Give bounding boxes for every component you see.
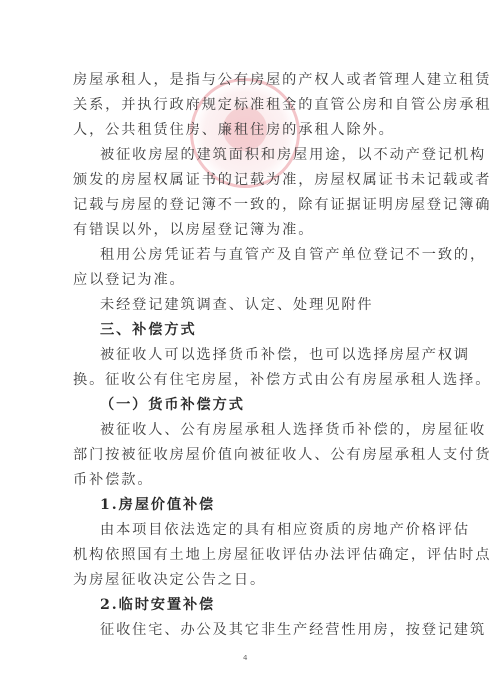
text-line: 被征收房屋的建筑面积和房屋用途，以不动产登记机构 — [73, 143, 418, 168]
text-line: 房屋承租人，是指与公有房屋的产权人或者管理人建立租赁 — [73, 68, 418, 93]
item-heading: 2.临时安置补偿 — [73, 593, 418, 618]
page-number: 4 — [243, 654, 247, 662]
text-line: 颁发的房屋权属证书的记载为准，房屋权属证书未记载或者 — [73, 168, 418, 193]
text-line: 机构依照国有土地上房屋征收评估办法评估确定，评估时点 — [73, 543, 418, 568]
text-line: 部门按被征收房屋价值向被征收人、公有房屋承租人支付货 — [73, 443, 418, 468]
text-line: 应以登记为准。 — [73, 268, 418, 293]
document-body: 房屋承租人，是指与公有房屋的产权人或者管理人建立租赁 关系，并执行政府规定标准租… — [73, 68, 418, 643]
text-line: 为房屋征收决定公告之日。 — [73, 568, 418, 593]
text-line: 被征收人可以选择货币补偿，也可以选择房屋产权调 — [73, 343, 418, 368]
text-line: 记载与房屋的登记簿不一致的，除有证据证明房屋登记簿确 — [73, 193, 418, 218]
text-line: 币补偿款。 — [73, 468, 418, 493]
text-line: 未经登记建筑调查、认定、处理见附件 — [73, 293, 418, 318]
section-heading: 三、补偿方式 — [73, 318, 418, 343]
text-line: 有错误以外，以房屋登记簿为准。 — [73, 218, 418, 243]
item-heading: 1.房屋价值补偿 — [73, 493, 418, 518]
text-line: 人，公共租赁住房、廉租住房的承租人除外。 — [73, 118, 418, 143]
subsection-heading: （一）货币补偿方式 — [73, 393, 418, 418]
text-line: 关系，并执行政府规定标准租金的直管公房和自管公房承租 — [73, 93, 418, 118]
text-line: 换。征收公有住宅房屋，补偿方式由公有房屋承租人选择。 — [73, 368, 418, 393]
text-line: 租用公房凭证若与直管产及自管产单位登记不一致的， — [73, 243, 418, 268]
text-line: 征收住宅、办公及其它非生产经营性用房，按登记建筑 — [73, 618, 418, 643]
text-line: 由本项目依法选定的具有相应资质的房地产价格评估 — [73, 518, 418, 543]
text-line: 被征收人、公有房屋承租人选择货币补偿的，房屋征收 — [73, 418, 418, 443]
